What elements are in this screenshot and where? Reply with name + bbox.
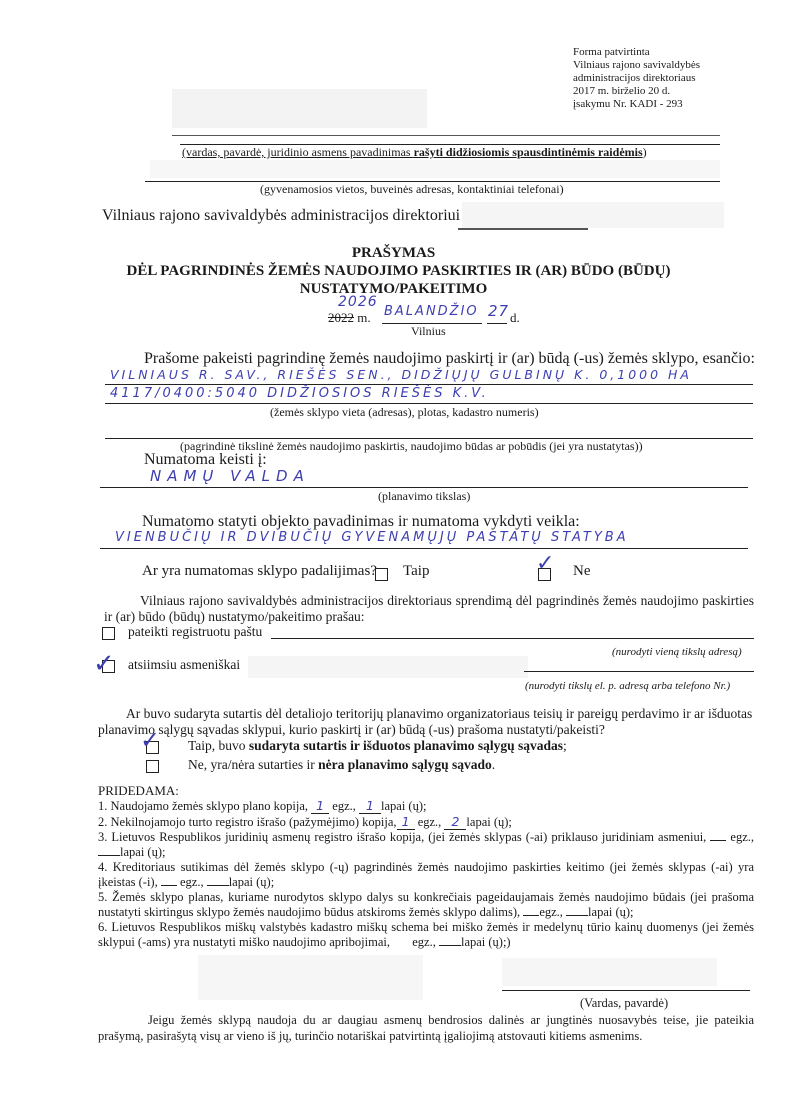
egz-label: egz., bbox=[332, 799, 356, 813]
lapai-label: lapai (ų); bbox=[381, 799, 426, 813]
attachment-copies-field[interactable] bbox=[710, 840, 726, 841]
egz-label: egz., bbox=[539, 905, 563, 919]
title-line-1: PRAŠYMAS bbox=[0, 244, 787, 262]
addressee-line bbox=[458, 228, 588, 230]
attachment-item: 6. Lietuvos Respublikos miškų valstybės … bbox=[98, 920, 754, 950]
attachment-item: 2. Nekilnojamojo turto registro išrašo (… bbox=[98, 814, 754, 830]
contract-no-suffix: . bbox=[492, 757, 495, 772]
caption-end: ) bbox=[643, 145, 647, 159]
caption-bold: rašyti didžiosiomis spausdintinėmis raid… bbox=[414, 145, 643, 159]
change-to-field[interactable]: NAMŲ VALDA bbox=[150, 467, 310, 485]
attachments-heading: PRIDEDAMA: bbox=[98, 783, 754, 798]
lapai-label: lapai (ų); bbox=[120, 845, 165, 859]
contract-yes-prefix: Taip, buvo bbox=[188, 738, 249, 753]
egz-label: egz., bbox=[418, 815, 442, 829]
attachment-text: 5. Žemės sklypo planas, kuriame nurodyto… bbox=[98, 890, 754, 919]
date-month-field[interactable]: BALANDŽIO bbox=[384, 304, 479, 319]
attachment-pages-field[interactable] bbox=[207, 885, 229, 886]
contract-no-bold: nėra planavimo sąlygų sąvado bbox=[318, 757, 492, 772]
addressee: Vilniaus rajono savivaldybės administrac… bbox=[102, 207, 460, 225]
contract-yes-bold: sudaryta sutartis ir išduotos planavimo … bbox=[249, 738, 563, 753]
approval-line: Forma patvirtinta bbox=[573, 46, 700, 59]
division-question: Ar yra numatomas sklypo padalijimas? bbox=[142, 563, 377, 580]
date-day-underline bbox=[487, 323, 507, 324]
attachment-item: 4. Kreditoriaus sutikimas dėl žemės skly… bbox=[98, 860, 754, 890]
signature-redacted bbox=[198, 955, 423, 1000]
option-personal-checkmark-icon: ✓ bbox=[93, 651, 115, 677]
contract-question: Ar buvo sudaryta sutartis dėl detaliojo … bbox=[98, 706, 754, 738]
attachment-item: 5. Žemės sklypo planas, kuriame nurodyto… bbox=[98, 890, 754, 920]
title-line-3: NUSTATYMO/PAKEITIMO bbox=[0, 280, 787, 298]
attachment-pages-field[interactable]: 1 bbox=[359, 798, 381, 814]
approval-line: įsakymu Nr. KADI - 293 bbox=[573, 98, 700, 111]
division-no-label: Ne bbox=[573, 563, 591, 580]
approval-line: administracijos direktoriaus bbox=[573, 72, 700, 85]
applicant-address-caption: (gyvenamosios vietos, buveinės adresas, … bbox=[260, 182, 564, 197]
date-year-printed: 2022 bbox=[328, 310, 354, 325]
division-yes-checkbox[interactable] bbox=[375, 568, 388, 581]
lapai-label: lapai (ų); bbox=[229, 875, 274, 889]
applicant-name-caption: (vardas, pavardė, juridinio asmens pavad… bbox=[182, 145, 647, 160]
date-d-label: d. bbox=[510, 310, 520, 326]
signature-underline bbox=[502, 990, 750, 991]
attachment-pages-field[interactable] bbox=[439, 945, 461, 946]
option-personal-underline bbox=[524, 671, 754, 672]
option-personal-redacted bbox=[248, 656, 528, 678]
approval-line: Vilniaus rajono savivaldybės bbox=[573, 59, 700, 72]
date-line: 2022 m. bbox=[328, 310, 371, 326]
change-to-caption: (planavimo tikslas) bbox=[378, 489, 470, 504]
attachment-text: 3. Lietuvos Respublikos juridinių asmenų… bbox=[98, 830, 706, 844]
attachment-copies-field[interactable] bbox=[161, 885, 177, 886]
attachment-pages-field[interactable]: 2 bbox=[444, 814, 466, 830]
location-caption: (žemės sklypo vieta (adresas), plotas, k… bbox=[270, 405, 539, 420]
lapai-end-label: lapai (ų);) bbox=[461, 935, 511, 949]
option-post-label: pateikti registruotu paštu bbox=[128, 624, 262, 640]
location-field-line-1[interactable]: VILNIAUS R. SAV., RIEŠĖS SEN., DIDŽIŲJŲ … bbox=[110, 367, 692, 382]
division-yes-label: Taip bbox=[403, 563, 429, 580]
request-intro: Prašome pakeisti pagrindinę žemės naudoj… bbox=[144, 350, 755, 368]
applicant-address-redacted bbox=[150, 160, 720, 178]
option-post-underline bbox=[271, 638, 754, 639]
title-line-2: DĖL PAGRINDINĖS ŽEMĖS NAUDOJIMO PASKIRTI… bbox=[0, 262, 787, 280]
contract-yes-suffix: ; bbox=[563, 738, 567, 753]
contract-no-checkbox[interactable] bbox=[146, 760, 159, 773]
attachment-pages-field[interactable] bbox=[98, 855, 120, 856]
location-underline-2 bbox=[105, 403, 753, 404]
attachment-copies-field[interactable]: 1 bbox=[311, 798, 329, 814]
option-personal-caption: (nurodyti tikslų el. p. adresą arba tele… bbox=[525, 680, 730, 692]
attachment-copies-field[interactable] bbox=[523, 915, 539, 916]
location-field-line-2[interactable]: 4117/0400:5040 DIDŽIOSIOS RIEŠĖS K.V. bbox=[110, 386, 489, 401]
date-day-field[interactable]: 27 bbox=[488, 302, 509, 320]
addressee-redacted bbox=[462, 202, 724, 228]
applicant-name-line bbox=[172, 135, 720, 136]
addressee-text: Vilniaus rajono savivaldybės administrac… bbox=[102, 207, 460, 224]
signature-name-redacted bbox=[502, 958, 717, 986]
document-title: PRAŠYMAS DĖL PAGRINDINĖS ŽEMĖS NAUDOJIMO… bbox=[0, 244, 787, 298]
object-field[interactable]: VIENBUČIŲ IR DVIBUČIŲ GYVENAMŲJŲ PASTATŲ… bbox=[115, 530, 629, 545]
egz-label: egz., bbox=[180, 875, 204, 889]
division-no-checkmark-icon: ✓ bbox=[536, 553, 554, 575]
attachment-text: 1. Naudojamo žemės sklypo plano kopija, bbox=[98, 799, 311, 813]
applicant-name-redacted bbox=[172, 89, 427, 128]
location-underline-1 bbox=[105, 384, 753, 385]
caption-text: (vardas, pavardė, juridinio asmens pavad… bbox=[182, 145, 414, 159]
attachment-pages-field[interactable] bbox=[566, 915, 588, 916]
contract-yes-checkmark-icon: ✓ bbox=[140, 728, 160, 752]
contract-yes-label: Taip, buvo sudaryta sutartis ir išduotos… bbox=[188, 738, 567, 754]
egz-label: egz., bbox=[730, 830, 754, 844]
contract-no-label: Ne, yra/nėra sutarties ir nėra planavimo… bbox=[188, 757, 495, 773]
attachment-text: 2. Nekilnojamojo turto registro išrašo (… bbox=[98, 815, 397, 829]
option-post-caption: (nurodyti vieną tikslų adresą) bbox=[612, 646, 742, 658]
contract-no-prefix: Ne, yra/nėra sutarties ir bbox=[188, 757, 318, 772]
attachment-item: 3. Lietuvos Respublikos juridinių asmenų… bbox=[98, 830, 754, 860]
decision-text: Vilniaus rajono savivaldybės administrac… bbox=[104, 593, 754, 625]
signature-caption: (Vardas, pavardė) bbox=[580, 996, 668, 1011]
change-to-underline bbox=[100, 487, 748, 488]
option-personal-label: atsiimsiu asmeniškai bbox=[128, 657, 240, 673]
approval-line: 2017 m. birželio 20 d. bbox=[573, 85, 700, 98]
lapai-label: lapai (ų); bbox=[588, 905, 633, 919]
date-place: Vilnius bbox=[411, 324, 446, 339]
attachment-item: 1. Naudojamo žemės sklypo plano kopija, … bbox=[98, 798, 754, 814]
egz-label: egz., bbox=[412, 935, 436, 949]
attachments: PRIDEDAMA: 1. Naudojamo žemės sklypo pla… bbox=[98, 783, 754, 950]
object-label: Numatomo statyti objekto pavadinimas ir … bbox=[142, 513, 580, 531]
date-m-label: m. bbox=[357, 310, 370, 325]
attachment-copies-field[interactable]: 1 bbox=[397, 814, 415, 830]
approval-note: Forma patvirtinta Vilniaus rajono saviva… bbox=[573, 46, 700, 111]
lapai-label: lapai (ų); bbox=[466, 815, 511, 829]
option-post-checkbox[interactable] bbox=[102, 627, 115, 640]
object-underline bbox=[100, 548, 748, 549]
footnote: Jeigu žemės sklypą naudoja du ar daugiau… bbox=[98, 1012, 754, 1044]
date-year-handwritten[interactable]: 2026 bbox=[338, 294, 378, 310]
